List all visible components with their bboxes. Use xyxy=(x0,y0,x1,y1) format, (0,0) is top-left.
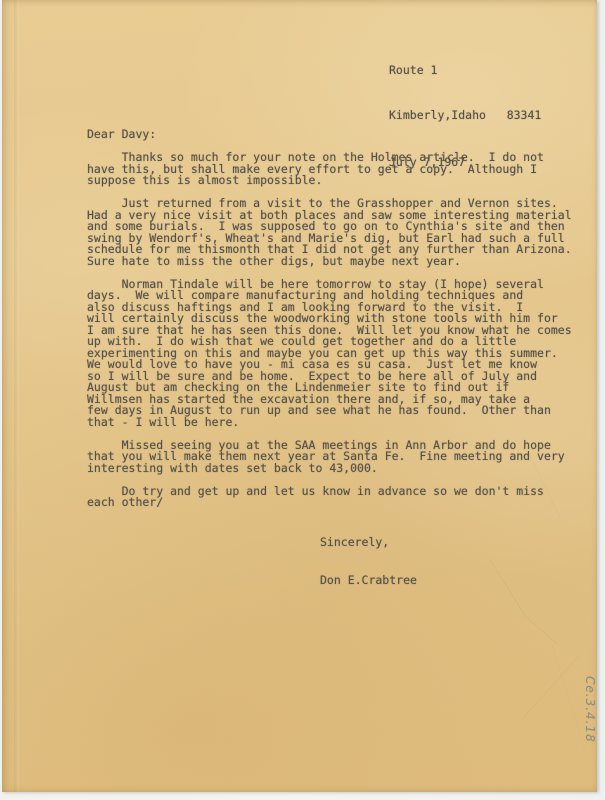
paper-crease xyxy=(488,558,525,616)
letter-scan: Route 1 Kimberly,Idaho 83341 July 7,1967… xyxy=(0,0,605,800)
paragraph-3: Norman Tindale will be here tomorrow to … xyxy=(87,279,592,429)
closing: Sincerely, xyxy=(320,536,389,548)
salutation: Dear Davy: xyxy=(87,129,592,141)
return-address-line2: Kimberly,Idaho 83341 xyxy=(389,108,541,123)
paper: Route 1 Kimberly,Idaho 83341 July 7,1967… xyxy=(2,0,597,792)
letter-body: Dear Davy: Thanks so much for your note … xyxy=(87,129,592,520)
paper-fold-line xyxy=(14,0,19,792)
signature: Don E.Crabtree xyxy=(320,574,417,586)
paragraph-4: Missed seeing you at the SAA meetings in… xyxy=(87,440,592,475)
return-address-line1: Route 1 xyxy=(389,63,541,78)
paper-crease xyxy=(524,616,556,644)
archival-number: Ce.3.4.18 xyxy=(583,676,597,743)
paragraph-2: Just returned from a visit to the Grassh… xyxy=(87,198,592,267)
paragraph-1: Thanks so much for your note on the Holm… xyxy=(87,152,592,187)
paragraph-5: Do try and get up and let us know in adv… xyxy=(87,486,592,509)
paper-crease xyxy=(549,638,585,753)
paper-crease xyxy=(521,655,579,720)
